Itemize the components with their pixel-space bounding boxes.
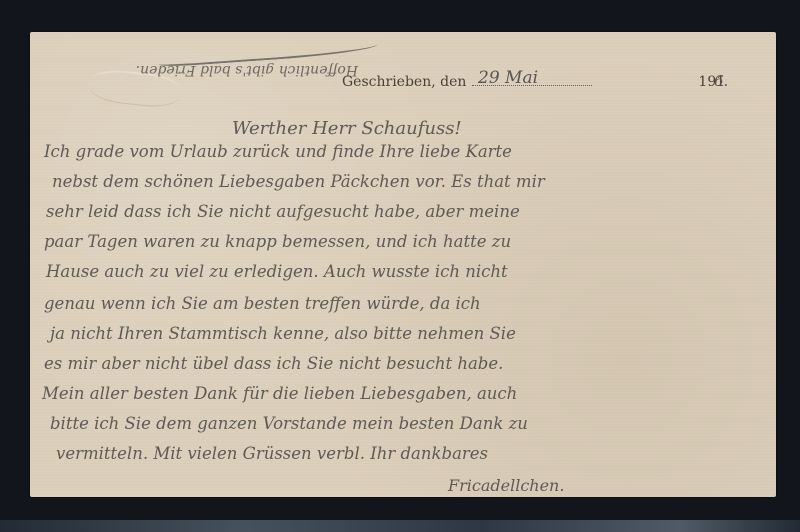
body-line: Ich grade vom Urlaub zurück und finde Ih… bbox=[44, 142, 512, 161]
body-line: nebst dem schönen Liebesgaben Päckchen v… bbox=[52, 172, 545, 191]
body-line: Mein aller besten Dank für die lieben Li… bbox=[42, 384, 517, 403]
printed-label: Geschrieben, den bbox=[342, 74, 466, 90]
body-line: ja nicht Ihren Stammtisch kenne, also bi… bbox=[50, 324, 516, 343]
handwritten-year-suffix: 6. bbox=[714, 72, 728, 90]
body-line: sehr leid dass ich Sie nicht aufgesucht … bbox=[46, 202, 520, 221]
greeting: Werther Herr Schaufuss! bbox=[232, 118, 462, 139]
body-line: es mir aber nicht übel dass ich Sie nich… bbox=[44, 354, 503, 373]
scanner-edge-strip bbox=[0, 520, 800, 532]
body-line: vermitteln. Mit vielen Grüssen verbl. Ih… bbox=[56, 444, 488, 463]
handwritten-date: 29 Mai bbox=[478, 68, 538, 88]
signature: Fricadellchen. bbox=[448, 476, 564, 495]
body-line: Hause auch zu viel zu erledigen. Auch wu… bbox=[46, 262, 508, 281]
postcard: Hoffentlich gibt's bald Frieden. Geschri… bbox=[30, 32, 776, 497]
body-line: genau wenn ich Sie am besten treffen wür… bbox=[44, 294, 481, 313]
body-line: paar Tagen waren zu knapp bemessen, und … bbox=[44, 232, 511, 251]
body-line: bitte ich Sie dem ganzen Vorstande mein … bbox=[50, 414, 528, 433]
upside-down-note: Hoffentlich gibt's bald Frieden. bbox=[58, 62, 358, 78]
